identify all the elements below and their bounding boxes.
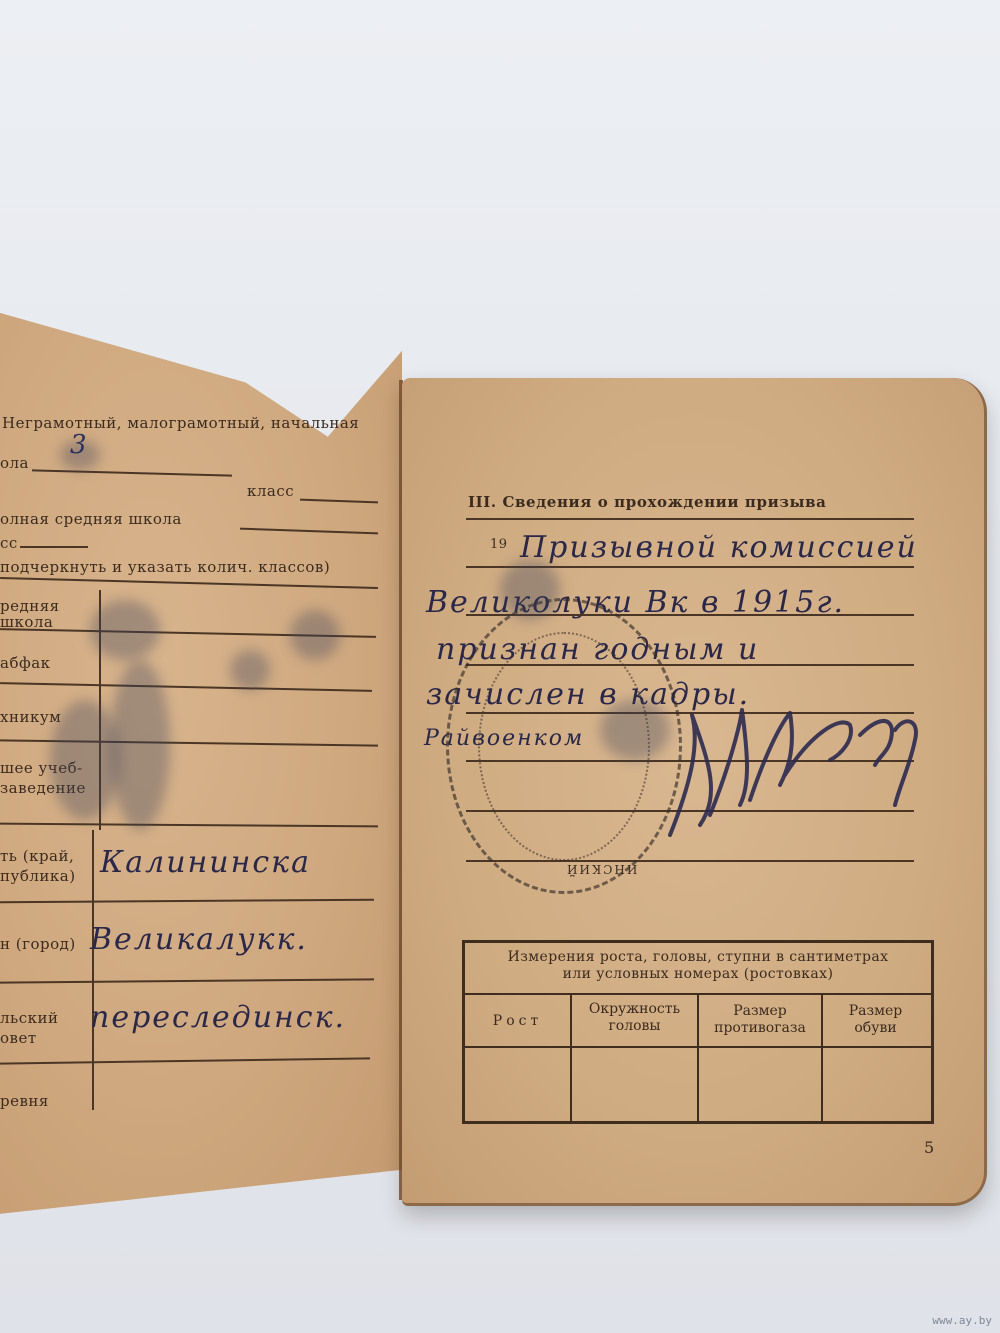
ink-smudge <box>500 560 560 620</box>
stamp-text: ИНСКИЙ <box>565 862 637 876</box>
row-label-secondary-school: редняя школа <box>0 598 60 630</box>
signature-scribble <box>630 705 930 845</box>
section-title-underline <box>466 518 914 520</box>
education-line-5: сс <box>0 536 18 551</box>
measurements-table: Измерения роста, головы, ступни в сантим… <box>462 940 934 1124</box>
year-prefix: 19 <box>490 538 508 551</box>
page-number: 5 <box>924 1140 935 1156</box>
ink-smudge <box>230 650 270 690</box>
row-label-technikum: хникум <box>0 710 61 725</box>
handwritten-line-1: Призывной комиссией <box>520 533 918 563</box>
ink-smudge <box>90 600 160 660</box>
photo-scene: Неграмотный, малограмотный, начальная ол… <box>0 0 1000 1333</box>
measurements-table-title: Измерения роста, головы, ступни в сантим… <box>465 949 931 983</box>
row-label-village: ревня <box>0 1094 49 1109</box>
column-header-height: Рост <box>465 1013 570 1030</box>
handwritten-city-value: Великалукк. <box>90 925 308 955</box>
ink-smudge <box>290 610 340 660</box>
table-title-line-2: или условных номерах (ростовках) <box>465 966 931 983</box>
handwritten-council-value: переслединск. <box>90 1003 346 1033</box>
section-title: III. Сведения о прохождении призыва <box>468 495 826 510</box>
table-title-line-1: Измерения роста, головы, ступни в сантим… <box>465 949 931 966</box>
row-label-rabfak: абфак <box>0 656 51 671</box>
column-header-shoe-size: Размер обуви <box>823 1003 928 1037</box>
column-header-gas-mask-size: Размер противогаза <box>699 1003 821 1037</box>
handwritten-mark: 3 <box>70 432 89 458</box>
education-line-4: олная средняя школа <box>0 512 182 527</box>
handwritten-region-value: Калининска <box>100 848 311 878</box>
education-line-1: Неграмотный, малограмотный, начальная <box>2 416 359 431</box>
row-label-region: ть (край, публика) <box>0 846 76 886</box>
left-column-divider-lower <box>92 830 94 1110</box>
education-line-3: класс <box>247 484 294 499</box>
column-header-head-circumference: Окружность головы <box>572 1001 697 1035</box>
ink-smudge <box>50 700 120 820</box>
education-line-2: ола <box>0 456 29 471</box>
education-line-6: подчеркнуть и указать колич. классов) <box>0 560 330 575</box>
row-label-village-council: льский овет <box>0 1008 58 1048</box>
education-blank-4 <box>20 546 88 548</box>
watermark: www.ay.by <box>932 1314 992 1327</box>
row-label-city: н (город) <box>0 937 76 952</box>
